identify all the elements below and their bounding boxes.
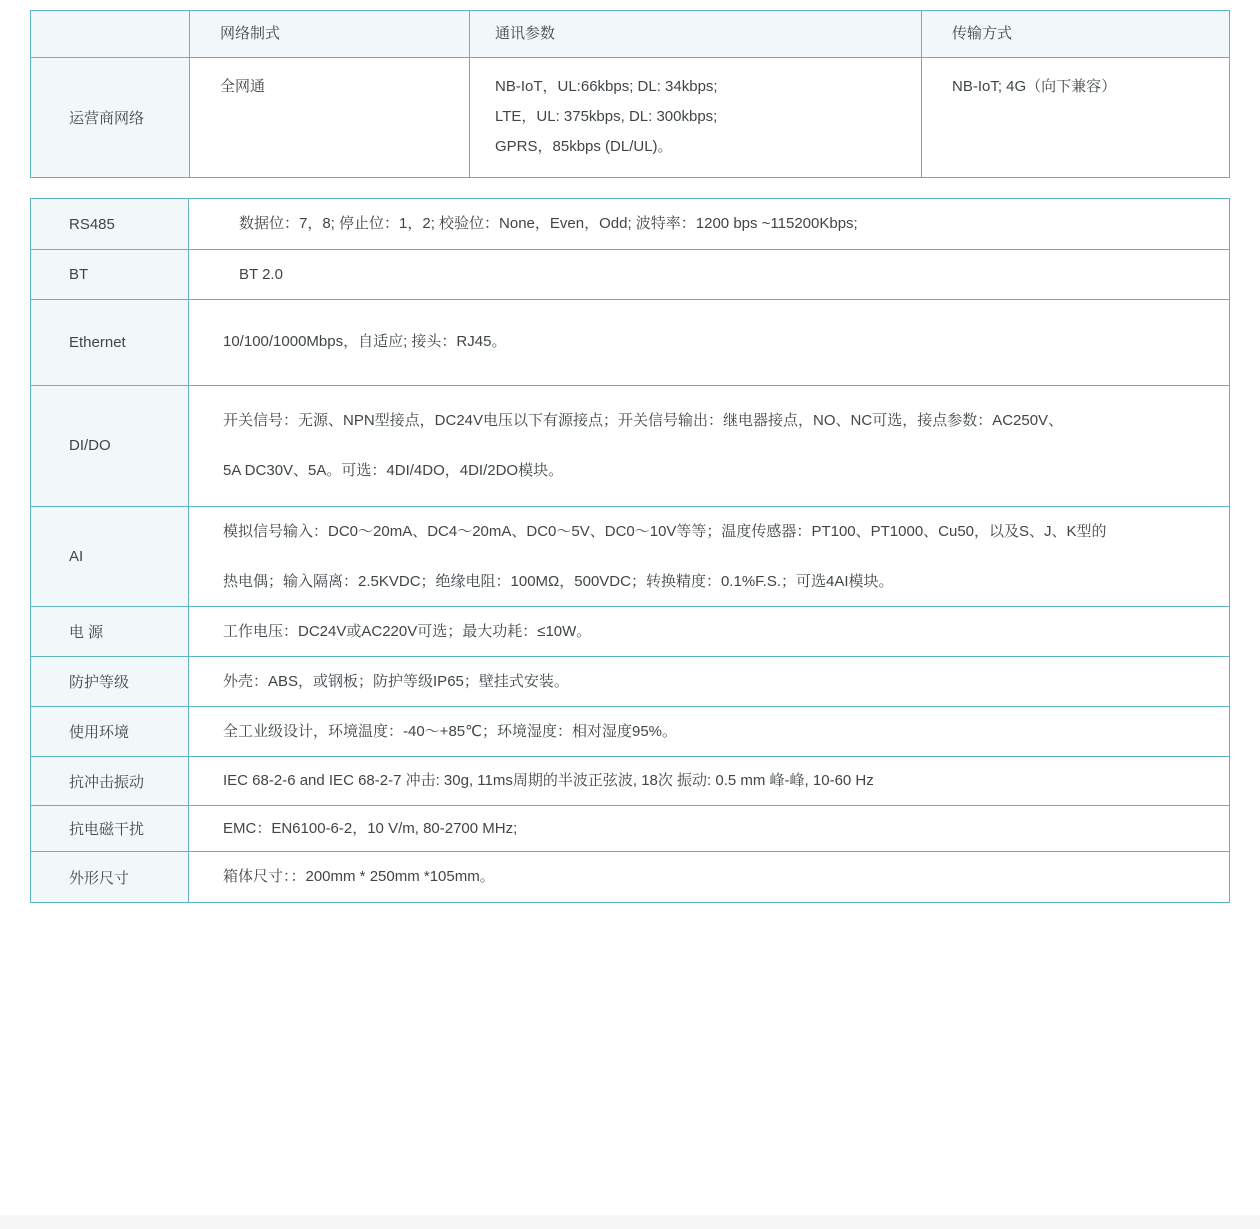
spec-row-line: 5A DC30V、5A。可选：4DI/4DO，4DI/2DO模块。 — [223, 446, 1229, 496]
spec-row-content: 箱体尺寸：：200mm * 250mm *105mm。 — [189, 852, 1229, 902]
spec-row-content: 全工业级设计，环境温度：-40～+85℃；环境湿度：相对湿度95%。 — [189, 707, 1229, 756]
spec-row-content: 工作电压：DC24V或AC220V可选；最大功耗：≤10W。 — [189, 607, 1229, 656]
network-table-header-comm-params: 通讯参数 — [469, 11, 921, 58]
spec-row-line: 模拟信号输入：DC0～20mA、DC4～20mA、DC0～5V、DC0～10V等… — [223, 507, 1229, 557]
spec-row-line: EMC：EN6100-6-2，10 V/m, 80-2700 MHz; — [223, 806, 1229, 851]
spec-row-label: AI — [31, 507, 189, 606]
spec-row-label: 电 源 — [31, 607, 189, 656]
network-table-header-transmission: 传输方式 — [921, 11, 1229, 58]
page-bottom-strip — [0, 1215, 1260, 1229]
spec-row-dimensions: 外形尺寸 箱体尺寸：：200mm * 250mm *105mm。 — [31, 852, 1229, 902]
spec-row-rs485: RS485 数据位：7，8; 停止位：1，2; 校验位：None，Even，Od… — [31, 199, 1229, 250]
spec-row-label: BT — [31, 250, 189, 299]
spec-row-power: 电 源 工作电压：DC24V或AC220V可选；最大功耗：≤10W。 — [31, 607, 1229, 657]
spec-row-line: 数据位：7，8; 停止位：1，2; 校验位：None，Even，Odd; 波特率… — [239, 199, 1229, 249]
spec-row-line: 工作电压：DC24V或AC220V可选；最大功耗：≤10W。 — [223, 607, 1229, 656]
spec-row-line: 箱体尺寸：：200mm * 250mm *105mm。 — [223, 852, 1229, 902]
spec-row-label: 外形尺寸 — [31, 852, 189, 902]
comm-params-line: GPRS，85kbps (DL/UL)。 — [495, 132, 921, 162]
spec-table: RS485 数据位：7，8; 停止位：1，2; 校验位：None，Even，Od… — [30, 198, 1230, 903]
spec-row-label: Ethernet — [31, 300, 189, 385]
transmission-value: NB-IoT; 4G（向下兼容） — [952, 72, 1229, 102]
spec-row-label: DI/DO — [31, 386, 189, 506]
network-table-header-row: 网络制式 通讯参数 传输方式 — [31, 11, 1229, 58]
comm-params-line: NB-IoT，UL:66kbps; DL: 34kbps; — [495, 72, 921, 102]
comm-params-cell: NB-IoT，UL:66kbps; DL: 34kbps; LTE，UL: 37… — [469, 58, 921, 177]
network-table-data-row: 运营商网络 全网通 NB-IoT，UL:66kbps; DL: 34kbps; … — [31, 58, 1229, 177]
spec-row-content: 10/100/1000Mbps，自适应; 接头：RJ45。 — [189, 300, 1229, 385]
spec-row-line: 10/100/1000Mbps，自适应; 接头：RJ45。 — [223, 317, 1229, 367]
spec-row-ai: AI 模拟信号输入：DC0～20mA、DC4～20mA、DC0～5V、DC0～1… — [31, 507, 1229, 607]
spec-row-content: 开关信号：无源、NPN型接点，DC24V电压以下有源接点；开关信号输出：继电器接… — [189, 386, 1229, 506]
network-table-row-label: 运营商网络 — [31, 58, 189, 177]
spec-row-environment: 使用环境 全工业级设计，环境温度：-40～+85℃；环境湿度：相对湿度95%。 — [31, 707, 1229, 757]
spec-row-label: 抗冲击振动 — [31, 757, 189, 805]
spec-row-protection: 防护等级 外壳：ABS，或钢板；防护等级IP65；壁挂式安装。 — [31, 657, 1229, 707]
spec-row-line: 全工业级设计，环境温度：-40～+85℃；环境湿度：相对湿度95%。 — [223, 707, 1229, 756]
spec-row-emc: 抗电磁干扰 EMC：EN6100-6-2，10 V/m, 80-2700 MHz… — [31, 806, 1229, 852]
spec-row-content: 模拟信号输入：DC0～20mA、DC4～20mA、DC0～5V、DC0～10V等… — [189, 507, 1229, 606]
spec-row-label: 使用环境 — [31, 707, 189, 756]
spec-row-dido: DI/DO 开关信号：无源、NPN型接点，DC24V电压以下有源接点；开关信号输… — [31, 386, 1229, 507]
network-table: 网络制式 通讯参数 传输方式 运营商网络 全网通 NB-IoT，UL:66kbp… — [30, 10, 1230, 178]
spec-row-line: BT 2.0 — [239, 250, 1229, 299]
spec-row-line: 开关信号：无源、NPN型接点，DC24V电压以下有源接点；开关信号输出：继电器接… — [223, 396, 1229, 446]
spec-row-label: 防护等级 — [31, 657, 189, 706]
spec-row-label: RS485 — [31, 199, 189, 249]
spec-row-line: IEC 68-2-6 and IEC 68-2-7 冲击: 30g, 11ms周… — [223, 757, 1229, 805]
spec-row-line: 热电偶；输入隔离：2.5KVDC；绝缘电阻：100MΩ，500VDC；转换精度：… — [223, 557, 1229, 607]
network-type-value: 全网通 — [220, 72, 469, 102]
spec-row-line: 外壳：ABS，或钢板；防护等级IP65；壁挂式安装。 — [223, 657, 1229, 706]
network-table-header-network-type: 网络制式 — [189, 11, 469, 58]
comm-params-line: LTE，UL: 375kbps, DL: 300kbps; — [495, 102, 921, 132]
spec-row-content: 外壳：ABS，或钢板；防护等级IP65；壁挂式安装。 — [189, 657, 1229, 706]
page: { "colors": { "border_teal": "#5cb5c0", … — [0, 0, 1260, 1229]
spec-row-content: BT 2.0 — [189, 250, 1229, 299]
spec-row-ethernet: Ethernet 10/100/1000Mbps，自适应; 接头：RJ45。 — [31, 300, 1229, 386]
transmission-cell: NB-IoT; 4G（向下兼容） — [921, 58, 1229, 177]
spec-row-bt: BT BT 2.0 — [31, 250, 1229, 300]
spec-row-shock-vibration: 抗冲击振动 IEC 68-2-6 and IEC 68-2-7 冲击: 30g,… — [31, 757, 1229, 806]
spec-row-content: 数据位：7，8; 停止位：1，2; 校验位：None，Even，Odd; 波特率… — [189, 199, 1229, 249]
network-table-row-label-text: 运营商网络 — [69, 107, 144, 128]
spec-row-content: EMC：EN6100-6-2，10 V/m, 80-2700 MHz; — [189, 806, 1229, 851]
network-type-cell: 全网通 — [189, 58, 469, 177]
spec-row-label: 抗电磁干扰 — [31, 806, 189, 851]
spec-row-content: IEC 68-2-6 and IEC 68-2-7 冲击: 30g, 11ms周… — [189, 757, 1229, 805]
network-table-header-empty — [31, 11, 189, 58]
